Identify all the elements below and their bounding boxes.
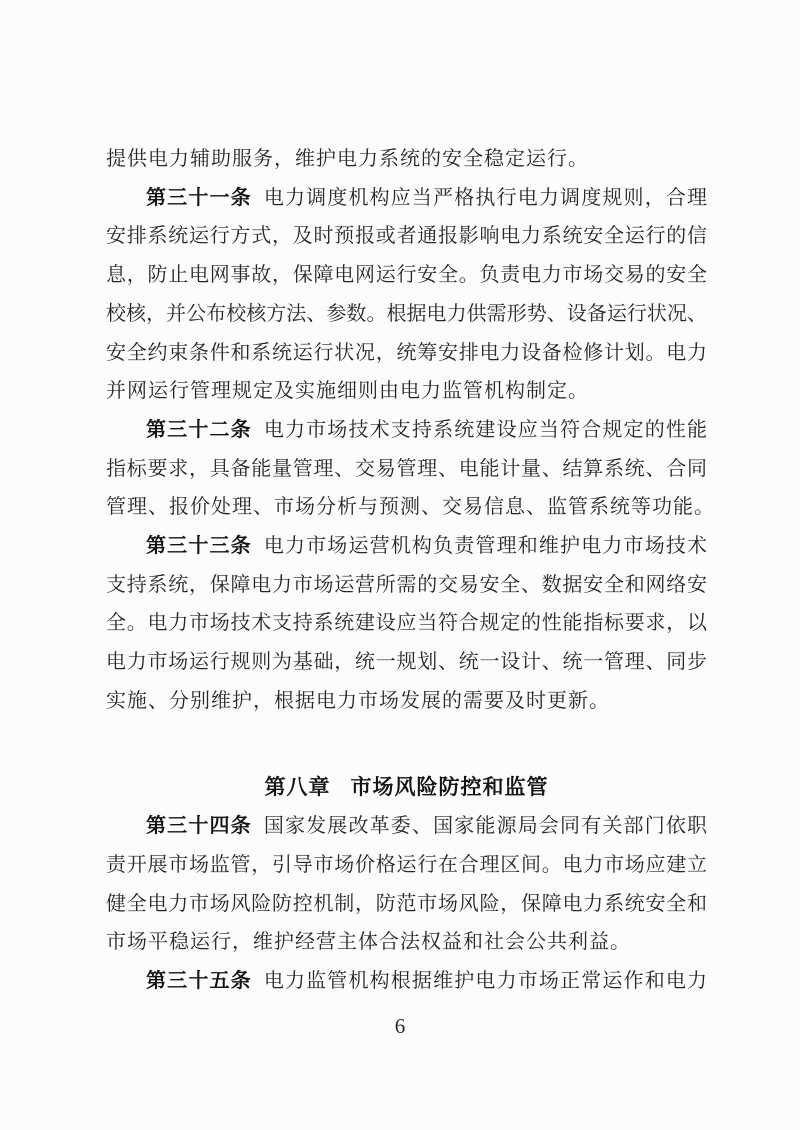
line-text: 安排系统运行方式，及时预报或者通报影响电力系统安全运行的信	[106, 223, 707, 247]
text-line: 全。电力市场技术支持系统建设应当符合规定的性能指标要求，以	[106, 603, 707, 642]
line-text: 健全电力市场风险防控机制，防范市场风险，保障电力系统安全和	[106, 891, 707, 915]
text-line: 安全约束条件和系统运行状况，统筹安排电力设备检修计划。电力	[106, 333, 707, 372]
text-line: 安排系统运行方式，及时预报或者通报影响电力系统安全运行的信	[106, 216, 707, 255]
line-text: 管理、报价处理、市场分析与预测、交易信息、监管系统等功能。	[106, 494, 715, 518]
line-text: 全。电力市场技术支持系统建设应当符合规定的性能指标要求，以	[106, 610, 707, 634]
line-text: 电力市场运行规则为基础，统一规划、统一设计、统一管理、同步	[106, 649, 707, 673]
line-text: 责开展市场监管，引导市场价格运行在合理区间。电力市场应建立	[106, 852, 707, 876]
article-number: 第三十五条	[146, 968, 252, 992]
text-line: 指标要求，具备能量管理、交易管理、电能计量、结算系统、合同	[106, 449, 707, 488]
line-text: 市场风险防控和监管	[351, 775, 549, 799]
text-line: 市场平稳运行，维护经营主体合法权益和社会公共利益。	[106, 922, 707, 961]
article-number: 第三十三条	[146, 533, 252, 557]
article-start-line: 第三十四条国家发展改革委、国家能源局会同有关部门依职	[106, 806, 707, 845]
text-line: 管理、报价处理、市场分析与预测、交易信息、监管系统等功能。	[106, 487, 707, 526]
text-line: 健全电力市场风险防控机制，防范市场风险，保障电力系统安全和	[106, 884, 707, 923]
text-line: 并网运行管理规定及实施细则由电力监管机构制定。	[106, 371, 707, 410]
line-text: 电力市场技术支持系统建设应当符合规定的性能	[264, 417, 707, 441]
text-line: 电力市场运行规则为基础，统一规划、统一设计、统一管理、同步	[106, 642, 707, 681]
text-line: 责开展市场监管，引导市场价格运行在合理区间。电力市场应建立	[106, 845, 707, 884]
line-text: 息，防止电网事故，保障电网运行安全。负责电力市场交易的安全	[106, 262, 707, 286]
text-line: 息，防止电网事故，保障电网运行安全。负责电力市场交易的安全	[106, 255, 707, 294]
article-start-line: 第三十五条电力监管机构根据维护电力市场正常运作和电力	[106, 961, 707, 1000]
line-text: 校核，并公布校核方法、参数。根据电力供需形势、设备运行状况、	[106, 301, 707, 325]
line-text: 电力市场运营机构负责管理和维护电力市场技术	[264, 533, 707, 557]
text-line: 实施、分别维护，根据电力市场发展的需要及时更新。	[106, 681, 707, 720]
article-start-line: 第三十一条电力调度机构应当严格执行电力调度规则，合理	[106, 178, 707, 217]
article-number: 第三十二条	[146, 417, 252, 441]
document-page: 提供电力辅助服务，维护电力系统的安全稳定运行。第三十一条电力调度机构应当严格执行…	[0, 0, 800, 1130]
line-text: 提供电力辅助服务，维护电力系统的安全稳定运行。	[106, 146, 589, 170]
line-text: 支持系统，保障电力市场运营所需的交易安全、数据安全和网络安	[106, 572, 707, 596]
line-text: 并网运行管理规定及实施细则由电力监管机构制定。	[106, 378, 589, 402]
text-line: 提供电力辅助服务，维护电力系统的安全稳定运行。	[106, 139, 707, 178]
article-start-line: 第三十二条电力市场技术支持系统建设应当符合规定的性能	[106, 410, 707, 449]
article-number: 第三十一条	[146, 185, 252, 209]
line-text: 国家发展改革委、国家能源局会同有关部门依职	[264, 813, 707, 837]
chapter-heading: 第八章市场风险防控和监管	[106, 768, 707, 807]
line-text: 实施、分别维护，根据电力市场发展的需要及时更新。	[106, 688, 610, 712]
article-start-line: 第三十三条电力市场运营机构负责管理和维护电力市场技术	[106, 526, 707, 565]
chapter-number: 第八章	[265, 775, 331, 799]
line-text: 电力调度机构应当严格执行电力调度规则，合理	[264, 185, 707, 209]
text-line: 校核，并公布校核方法、参数。根据电力供需形势、设备运行状况、	[106, 294, 707, 333]
page-number: 6	[0, 1014, 800, 1039]
article-number: 第三十四条	[146, 813, 252, 837]
line-text: 电力监管机构根据维护电力市场正常运作和电力	[264, 968, 707, 992]
document-body: 提供电力辅助服务，维护电力系统的安全稳定运行。第三十一条电力调度机构应当严格执行…	[106, 139, 707, 1000]
line-text: 安全约束条件和系统运行状况，统筹安排电力设备检修计划。电力	[106, 340, 707, 364]
text-line: 支持系统，保障电力市场运营所需的交易安全、数据安全和网络安	[106, 565, 707, 604]
line-text: 市场平稳运行，维护经营主体合法权益和社会公共利益。	[106, 929, 631, 953]
line-text: 指标要求，具备能量管理、交易管理、电能计量、结算系统、合同	[106, 456, 707, 480]
